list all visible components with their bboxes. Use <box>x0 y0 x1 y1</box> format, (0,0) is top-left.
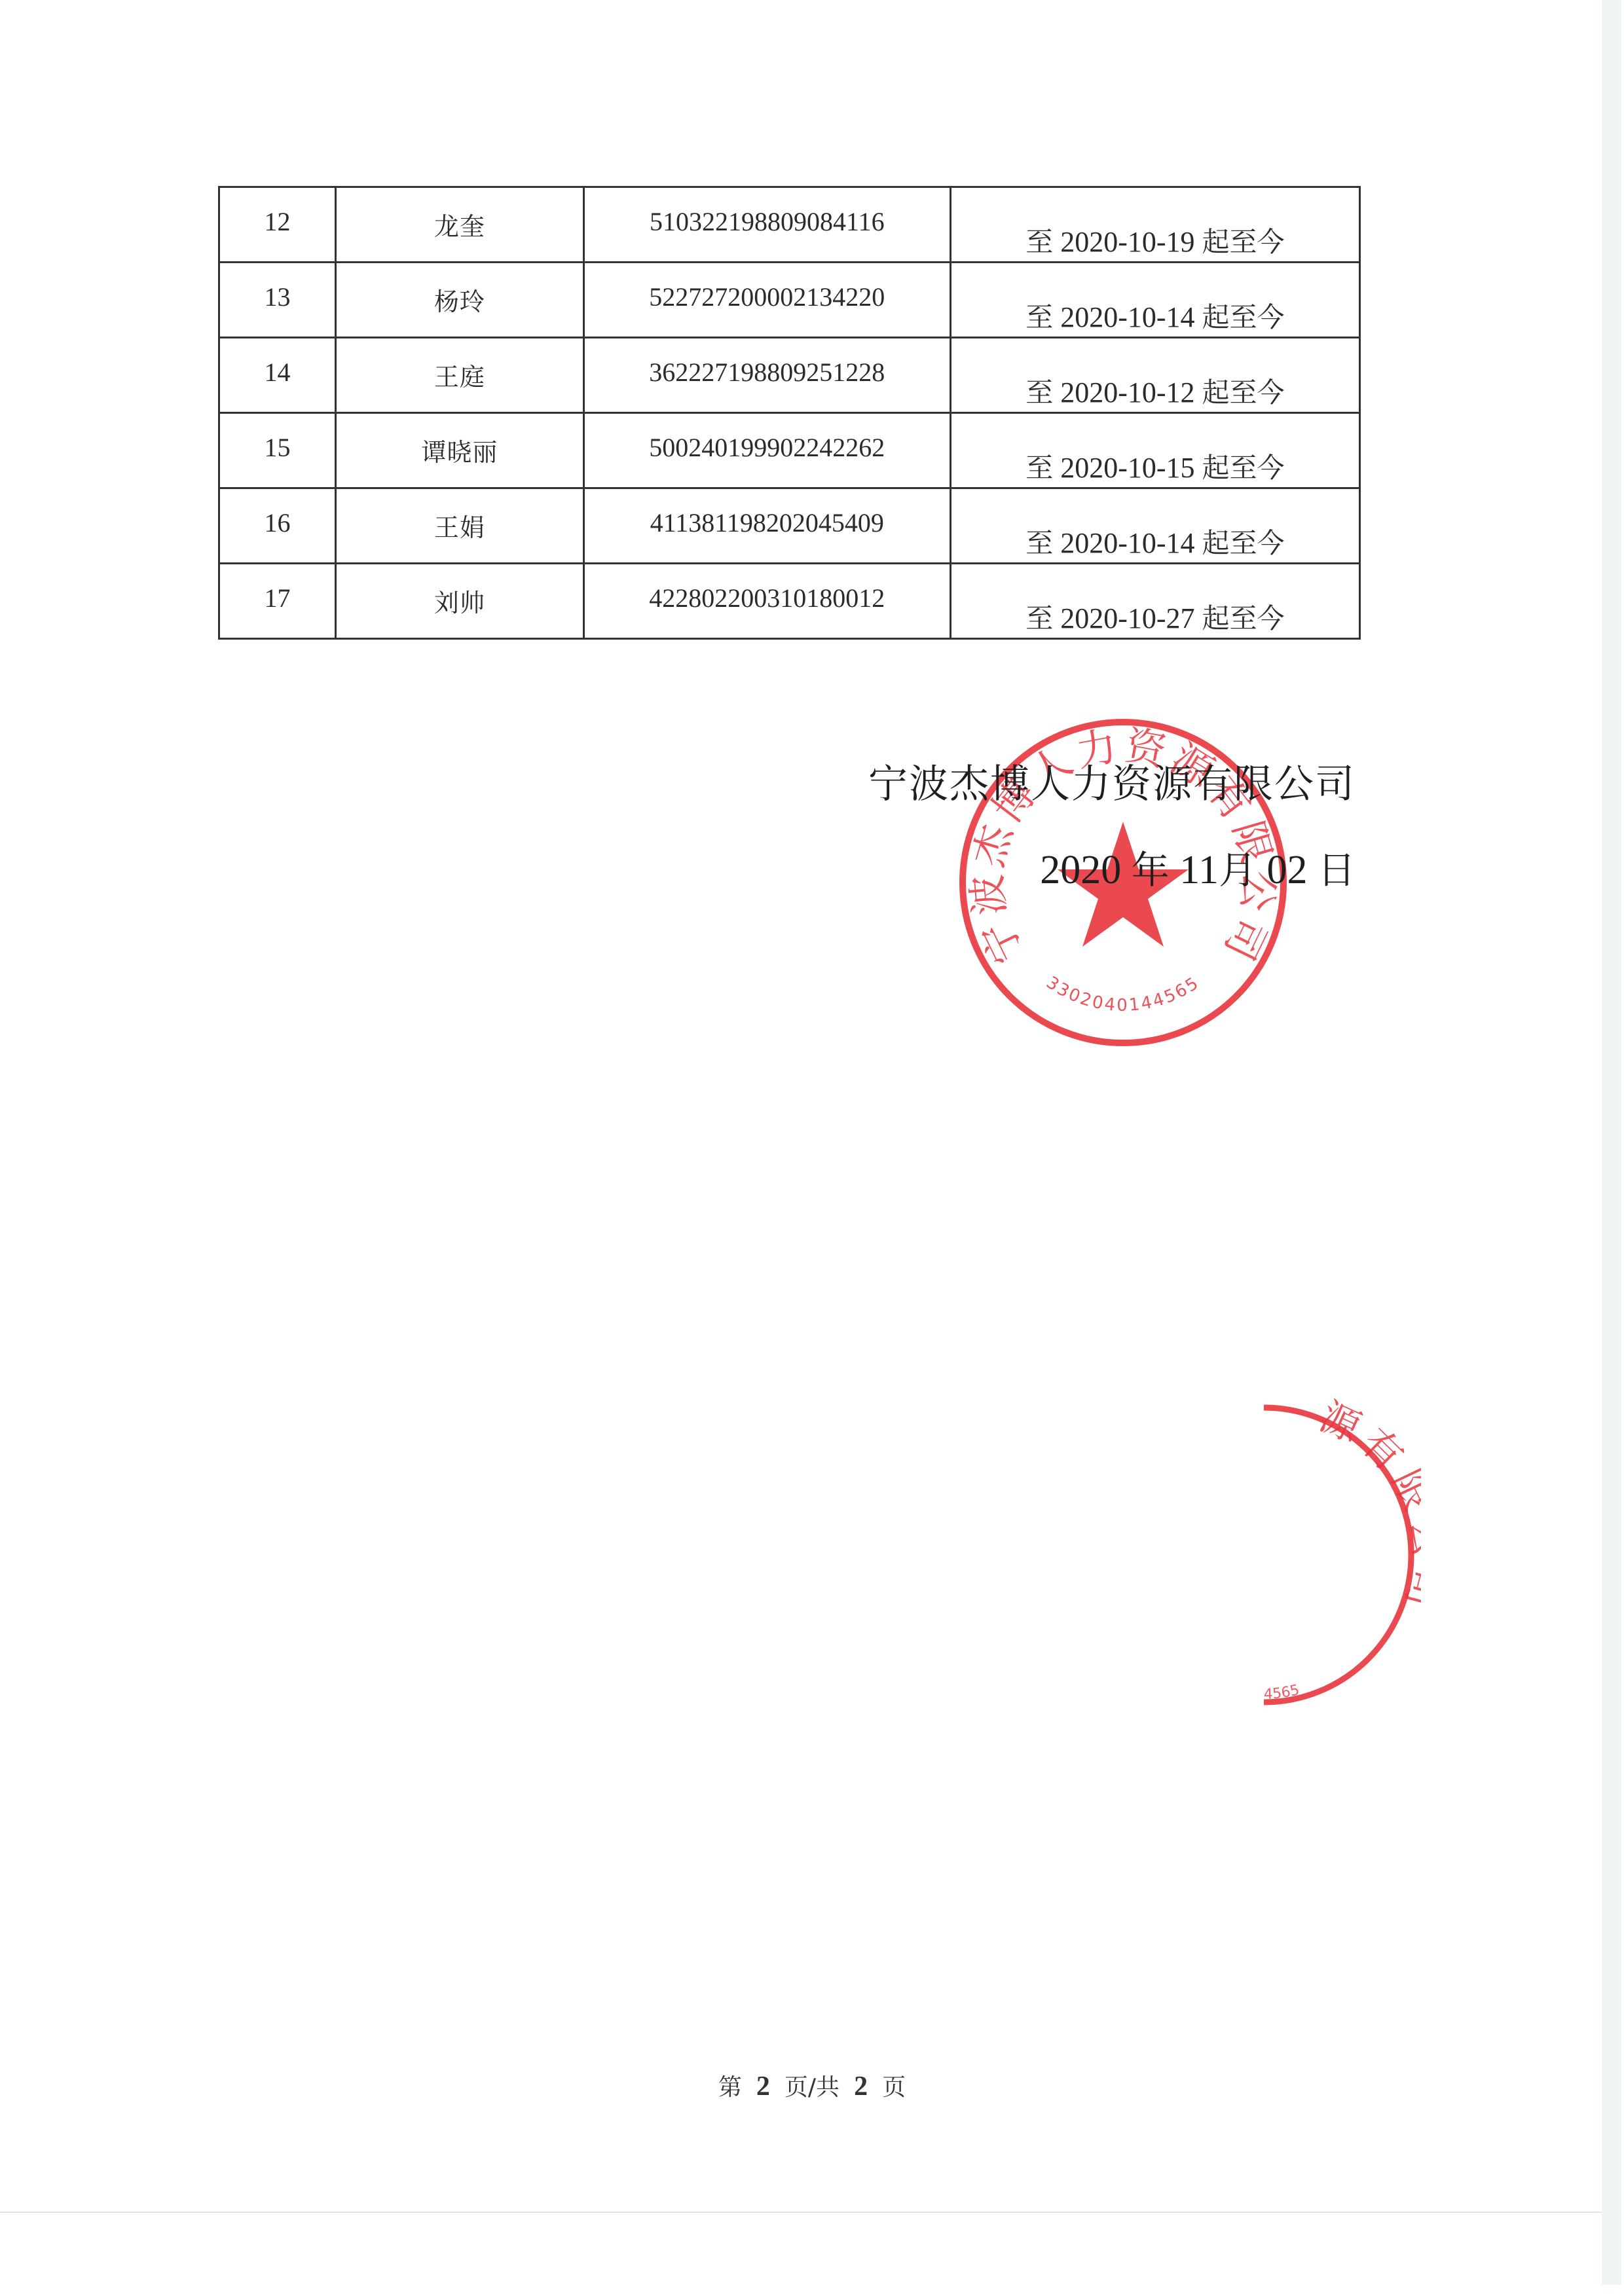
employee-name: 王娟 <box>337 507 583 543</box>
table-row: 13杨玲522727200002134220至 2020-10-14 起至今 <box>219 263 1360 338</box>
cell-name: 谭晓丽 <box>335 413 583 488</box>
signature-company: 宁波杰博人力资源有限公司 <box>868 753 1356 809</box>
signature-date: 2020 年 11月 02 日 <box>1040 839 1356 894</box>
row-number: 14 <box>220 357 335 388</box>
employee-name: 刘帅 <box>337 583 583 619</box>
row-number: 15 <box>220 432 335 463</box>
cell-no: 15 <box>219 413 336 488</box>
footer-suffix: 页 <box>882 2074 906 2101</box>
period-suffix: 起至今 <box>1202 376 1285 409</box>
id-number: 522727200002134220 <box>585 282 950 312</box>
period-prefix: 至 <box>1025 376 1053 409</box>
cell-id: 522727200002134220 <box>583 263 950 338</box>
period-date: 2020-10-14 <box>1060 301 1194 333</box>
row-number: 13 <box>220 282 335 312</box>
document-page: 12龙奎510322198809084116至 2020-10-19 起至今13… <box>0 0 1624 2296</box>
period-suffix: 起至今 <box>1202 301 1285 333</box>
partial-seal: 源有限公司 4565 <box>1264 1398 1421 1712</box>
scan-artifact-line <box>0 2212 1604 2213</box>
period-suffix: 起至今 <box>1202 226 1285 258</box>
date-year-unit: 年 <box>1132 848 1170 892</box>
date-month-unit: 月 <box>1219 848 1257 892</box>
id-number: 510322198809084116 <box>585 206 950 237</box>
cell-name: 龙奎 <box>335 187 583 263</box>
employment-period: 至 2020-10-15 起至今 <box>951 446 1359 486</box>
cell-id: 500240199902242262 <box>583 413 950 488</box>
period-date: 2020-10-19 <box>1060 226 1194 258</box>
employment-period: 至 2020-10-27 起至今 <box>951 597 1359 636</box>
id-number: 500240199902242262 <box>585 432 950 463</box>
employment-period: 至 2020-10-12 起至今 <box>951 371 1359 410</box>
cell-no: 17 <box>219 564 336 639</box>
employee-name: 谭晓丽 <box>337 432 583 468</box>
cell-period: 至 2020-10-14 起至今 <box>950 263 1359 338</box>
cell-period: 至 2020-10-14 起至今 <box>950 488 1359 564</box>
partial-seal-icon: 源有限公司 4565 <box>1264 1398 1421 1712</box>
cell-id: 510322198809084116 <box>583 187 950 263</box>
footer-middle: 页/共 <box>784 2074 840 2101</box>
employee-name: 龙奎 <box>337 206 583 242</box>
period-prefix: 至 <box>1025 452 1053 484</box>
employment-period: 至 2020-10-14 起至今 <box>951 296 1359 335</box>
period-prefix: 至 <box>1025 527 1053 559</box>
cell-name: 杨玲 <box>335 263 583 338</box>
cell-id: 362227198809251228 <box>583 338 950 413</box>
scan-artifact-strip <box>1602 0 1621 2285</box>
period-date: 2020-10-14 <box>1060 527 1194 559</box>
footer-prefix: 第 <box>718 2074 742 2101</box>
svg-text:3302040144565: 3302040144565 <box>1043 973 1203 1015</box>
svg-text:源有限公司: 源有限公司 <box>1313 1398 1421 1619</box>
id-number: 362227198809251228 <box>585 357 950 388</box>
cell-period: 至 2020-10-19 起至今 <box>950 187 1359 263</box>
table-row: 14王庭362227198809251228至 2020-10-12 起至今 <box>219 338 1360 413</box>
cell-id: 422802200310180012 <box>583 564 950 639</box>
period-prefix: 至 <box>1025 301 1053 333</box>
period-suffix: 起至今 <box>1202 602 1285 634</box>
date-year: 2020 <box>1040 848 1121 892</box>
employment-period: 至 2020-10-14 起至今 <box>951 522 1359 561</box>
employee-name: 杨玲 <box>337 282 583 318</box>
employee-name: 王庭 <box>337 357 583 393</box>
footer-total-pages: 2 <box>854 2071 868 2102</box>
cell-name: 王娟 <box>335 488 583 564</box>
footer-page-number: 2 <box>756 2071 770 2102</box>
cell-period: 至 2020-10-27 起至今 <box>950 564 1359 639</box>
table-row: 17刘帅422802200310180012至 2020-10-27 起至今 <box>219 564 1360 639</box>
table-row: 12龙奎510322198809084116至 2020-10-19 起至今 <box>219 187 1360 263</box>
date-day-unit: 日 <box>1318 848 1356 892</box>
cell-no: 12 <box>219 187 336 263</box>
period-suffix: 起至今 <box>1202 527 1285 559</box>
cell-name: 刘帅 <box>335 564 583 639</box>
cell-period: 至 2020-10-15 起至今 <box>950 413 1359 488</box>
employee-table: 12龙奎510322198809084116至 2020-10-19 起至今13… <box>218 186 1361 640</box>
date-day: 02 <box>1266 848 1307 892</box>
cell-period: 至 2020-10-12 起至今 <box>950 338 1359 413</box>
id-number: 422802200310180012 <box>585 583 950 613</box>
page-footer: 第2页/共2页 <box>0 2069 1624 2102</box>
cell-name: 王庭 <box>335 338 583 413</box>
employment-period: 至 2020-10-19 起至今 <box>951 221 1359 260</box>
period-date: 2020-10-15 <box>1060 452 1194 484</box>
id-number: 411381198202045409 <box>585 507 950 538</box>
row-number: 12 <box>220 206 335 237</box>
cell-no: 16 <box>219 488 336 564</box>
row-number: 17 <box>220 583 335 613</box>
period-prefix: 至 <box>1025 602 1053 634</box>
cell-no: 14 <box>219 338 336 413</box>
date-month: 11 <box>1179 848 1219 892</box>
cell-id: 411381198202045409 <box>583 488 950 564</box>
cell-no: 13 <box>219 263 336 338</box>
row-number: 16 <box>220 507 335 538</box>
period-suffix: 起至今 <box>1202 452 1285 484</box>
period-date: 2020-10-27 <box>1060 602 1194 634</box>
period-prefix: 至 <box>1025 226 1053 258</box>
table-row: 15谭晓丽500240199902242262至 2020-10-15 起至今 <box>219 413 1360 488</box>
period-date: 2020-10-12 <box>1060 376 1194 409</box>
table-row: 16王娟411381198202045409至 2020-10-14 起至今 <box>219 488 1360 564</box>
